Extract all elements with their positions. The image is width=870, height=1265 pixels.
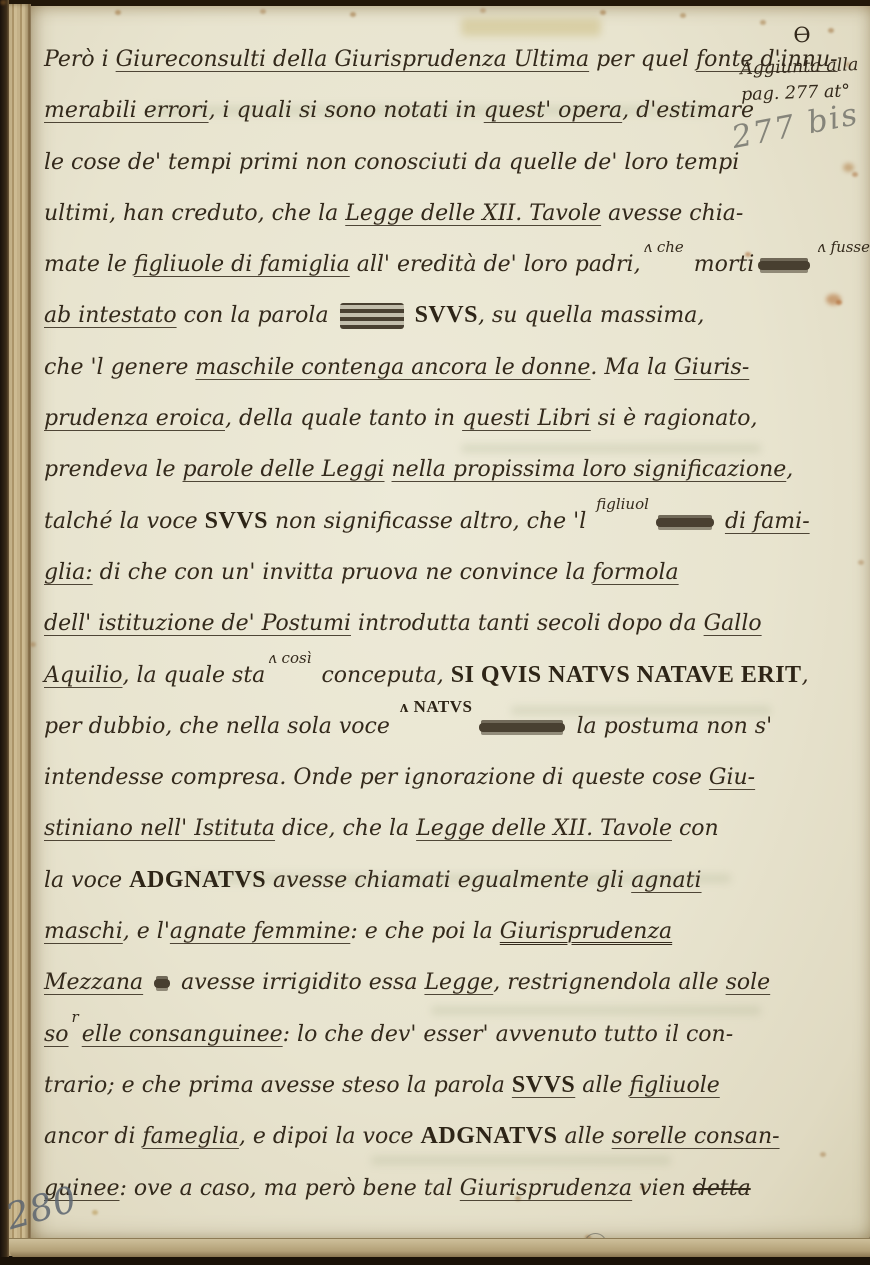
manuscript-line: che 'l genere maschile contenga ancora l…: [44, 342, 768, 393]
text-segment: agnati: [631, 868, 701, 893]
text-segment: avesse chia-: [601, 201, 743, 226]
text-segment: Legge: [424, 970, 493, 995]
inked-out-word: [340, 303, 404, 329]
text-segment: [718, 509, 725, 534]
text-segment: Giuris-: [674, 355, 749, 380]
text-segment: elle consanguinee: [82, 1022, 283, 1047]
text-segment: che 'l genere: [44, 355, 195, 380]
manuscript-line: trario; e che prima avesse steso la paro…: [44, 1060, 768, 1111]
text-segment: le cose de' tempi primi non conosciuti d…: [44, 150, 739, 175]
manuscript-line: mate le figliuole di famiglia all' eredi…: [44, 239, 768, 290]
manuscript-line: prendeva le parole delle Leggi nella pro…: [44, 444, 768, 495]
text-segment: Giurisprudenza: [460, 1176, 632, 1201]
text-segment: morti: [687, 252, 755, 277]
text-segment: : e che poi la: [350, 919, 499, 944]
manuscript-line: ultimi, han creduto, che la Legge delle …: [44, 188, 768, 239]
text-segment: mate le: [44, 252, 134, 277]
text-segment: parole delle Leggi: [182, 457, 384, 482]
text-segment: figliuole di famiglia: [134, 252, 350, 277]
text-segment: alle: [557, 1124, 611, 1149]
text-segment: maschile contenga ancora le donne: [195, 355, 590, 380]
rust-stain: [826, 294, 841, 305]
text-segment: , la quale sta: [123, 663, 266, 688]
text-segment: avesse chiamati egualmente gli: [266, 868, 631, 893]
manuscript-line: per dubbio, che nella sola voce ʌ NATVS …: [44, 701, 768, 752]
text-segment: [385, 457, 392, 482]
text-segment: si è ragionato,: [591, 406, 758, 431]
text-segment: : ove a caso, ma però bene tal: [120, 1176, 460, 1201]
text-segment: sole: [726, 970, 771, 995]
manuscript-line: merabili errori, i quali si sono notati …: [44, 85, 768, 136]
text-segment: [143, 970, 150, 995]
manuscript-line: guinee: ove a caso, ma però bene tal Giu…: [44, 1163, 768, 1214]
manuscript-line: Aquilio, la quale staʌ così conceputa, S…: [44, 650, 768, 701]
inked-out-word: [479, 723, 565, 732]
text-segment: trario; e che prima avesse steso la paro…: [44, 1073, 512, 1098]
text-segment: . Ma la: [590, 355, 674, 380]
text-segment: Legge delle XII. Tavole: [345, 201, 601, 226]
text-segment: Giureconsulti della Giurisprudenza Ultim…: [116, 47, 590, 72]
text-segment: talché la voce: [44, 509, 205, 534]
text-segment: stiniano nell' Istituta: [44, 816, 275, 841]
text-segment: vien: [632, 1176, 693, 1201]
page-stack-edge-left: [9, 4, 31, 1256]
text-segment: prendeva le: [44, 457, 182, 482]
text-segment: , su quella massima,: [478, 303, 704, 328]
manuscript-line: prudenza eroica, della quale tanto in qu…: [44, 393, 768, 444]
text-segment: all' eredità de' loro padri,: [350, 252, 641, 277]
manuscript-line: stiniano nell' Istituta dice, che la Leg…: [44, 803, 768, 854]
text-segment: ab intestato: [44, 303, 177, 328]
inked-out-word: [758, 261, 810, 270]
text-segment: maschi: [44, 919, 123, 944]
text-segment: ancor di: [44, 1124, 142, 1149]
book-binding: [0, 0, 9, 1265]
manuscript-scan: Però i Giureconsulti della Giurisprudenz…: [0, 0, 870, 1265]
text-segment: , e l': [123, 919, 170, 944]
manuscript-line: talché la voce SVVS non significasse alt…: [44, 496, 768, 547]
text-segment: Aquilio: [44, 663, 123, 688]
manuscript-line: ancor di fameglia, e dipoi la voce ADGNA…: [44, 1111, 768, 1162]
text-segment: merabili errori: [44, 98, 209, 123]
text-segment: figliuole: [629, 1073, 719, 1098]
text-segment: la postuma non s': [569, 714, 772, 739]
text-segment: Gallo: [704, 611, 762, 636]
manuscript-line: maschi, e l'agnate femmine: e che poi la…: [44, 906, 768, 957]
text-segment: ,: [802, 663, 809, 688]
text-segment: alle: [575, 1073, 629, 1098]
text-segment: ADGNATVS: [129, 867, 266, 893]
text-segment: , della quale tanto in: [225, 406, 462, 431]
text-segment: Legge delle XII. Tavole: [416, 816, 672, 841]
text-segment: dice, che la: [275, 816, 416, 841]
text-segment: Però i: [44, 47, 116, 72]
text-segment: la voce: [44, 868, 129, 893]
manuscript-line: Però i Giureconsulti della Giurisprudenz…: [44, 34, 768, 85]
text-segment: dell' istituzione de' Postumi: [44, 611, 351, 636]
text-segment: ,: [786, 457, 793, 482]
manuscript-line: glia: di che con un' invitta pruova ne c…: [44, 547, 768, 598]
text-segment: formola: [592, 560, 678, 585]
manuscript-line: intendesse compresa. Onde per ignorazion…: [44, 752, 768, 803]
margin-addition-note: Ɵ Aggiunta alla pag. 277 at°: [739, 20, 868, 108]
text-segment: SVVS: [205, 508, 268, 534]
text-segment: questi Libri: [462, 406, 591, 431]
text-segment: ultimi, han creduto, che la: [44, 201, 345, 226]
text-segment: , i quali si sono notati in: [209, 98, 484, 123]
inked-out-word: [154, 979, 170, 988]
manuscript-line: le cose de' tempi primi non conosciuti d…: [44, 137, 768, 188]
text-segment: conceputa,: [314, 663, 450, 688]
insertion-mark-icon: Ɵ: [739, 20, 866, 50]
text-segment: , restrignendola alle: [493, 970, 725, 995]
text-segment: con la parola: [177, 303, 336, 328]
text-segment: avesse irrigidito essa: [174, 970, 424, 995]
text-segment: con: [672, 816, 719, 841]
text-segment: Mezzana: [44, 970, 143, 995]
manuscript-line: la voce ADGNATVS avesse chiamati egualme…: [44, 855, 768, 906]
text-segment: glia:: [44, 560, 93, 585]
text-segment: fameglia: [142, 1124, 238, 1149]
text-segment: , e dipoi la voce: [239, 1124, 421, 1149]
margin-note-line1: Aggiunta alla: [740, 55, 859, 79]
rust-stain: [843, 163, 854, 172]
text-segment: sorelle consan-: [612, 1124, 780, 1149]
text-segment: introdutta tanti secoli dopo da: [351, 611, 704, 636]
manuscript-line: dell' istituzione de' Postumi introdutta…: [44, 598, 768, 649]
manuscript-text: Però i Giureconsulti della Giurisprudenz…: [44, 34, 768, 1214]
text-segment: nella propissima loro significazione: [392, 457, 787, 482]
text-segment: SI QVIS NATVS NATAVE ERIT: [451, 662, 802, 688]
text-segment: Giu-: [709, 765, 755, 790]
text-segment: Giurisprudenza: [500, 919, 672, 944]
text-segment: non significasse altro, che 'l: [268, 509, 593, 534]
manuscript-line: Mezzana avesse irrigidito essa Legge, re…: [44, 957, 768, 1008]
text-segment: di fami-: [725, 509, 810, 534]
text-segment: detta: [693, 1176, 751, 1201]
text-segment: [408, 303, 415, 328]
text-segment: per quel: [589, 47, 696, 72]
page-bottom-edge: [0, 1257, 870, 1265]
text-segment: SVVS: [415, 302, 478, 328]
page-stack-edge-bottom: [9, 1238, 870, 1259]
text-segment: quest' opera: [484, 98, 622, 123]
text-segment: prudenza eroica: [44, 406, 225, 431]
text-segment: per dubbio, che nella sola voce: [44, 714, 397, 739]
text-segment: : lo che dev' esser' avvenuto tutto il c…: [283, 1022, 734, 1047]
manuscript-line: ab intestato con la parola SVVS, su quel…: [44, 290, 768, 341]
manuscript-line: sorelle consanguinee: lo che dev' esser'…: [44, 1009, 768, 1060]
text-segment: agnate femmine: [170, 919, 350, 944]
inked-out-word: [656, 518, 714, 527]
text-segment: SVVS: [512, 1072, 575, 1098]
text-segment: di che con un' invitta pruova ne convinc…: [93, 560, 593, 585]
foxing-spots: [0, 0, 6, 5]
text-segment: intendesse compresa. Onde per ignorazion…: [44, 765, 709, 790]
text-segment: so: [44, 1022, 69, 1047]
text-segment: ADGNATVS: [421, 1123, 558, 1149]
